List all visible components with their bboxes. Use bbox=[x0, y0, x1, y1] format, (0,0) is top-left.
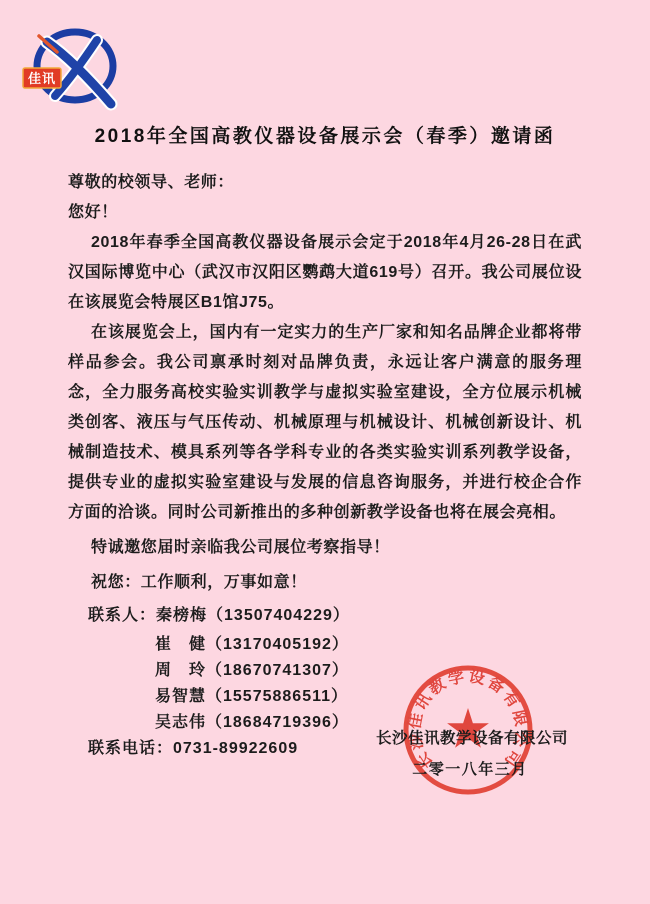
wish-line: 祝您：工作顺利，万事如意！ bbox=[68, 568, 582, 598]
signature-company: 长沙佳讯教学设备有限公司 bbox=[376, 726, 568, 748]
letter-body: 尊敬的校领导、老师： 您好！ 2018年春季全国高教仪器设备展示会定于2018年… bbox=[68, 168, 582, 598]
salutation: 尊敬的校领导、老师： bbox=[68, 168, 582, 198]
contact-entry: 崔 健（13170405192） bbox=[155, 632, 350, 658]
contact-label: 联系人： bbox=[88, 607, 156, 624]
contact-row: 联系人：秦榜梅（13507404229） bbox=[88, 603, 350, 629]
invitation-letter-page: 佳讯 2018年全国高教仪器设备展示会（春季）邀请函 尊敬的校领导、老师： 您好… bbox=[0, 0, 650, 904]
contact-entry: 秦榜梅（13507404229） bbox=[156, 607, 350, 624]
page-title: 2018年全国高教仪器设备展示会（春季）邀请函 bbox=[0, 121, 650, 148]
contact-section: 联系人：秦榜梅（13507404229） 崔 健（13170405192） 周 … bbox=[88, 603, 350, 762]
logo-badge-text: 佳讯 bbox=[28, 71, 56, 86]
signature-date: 二零一八年三月 bbox=[400, 758, 540, 779]
greeting: 您好！ bbox=[68, 198, 582, 228]
paragraph-company-intro: 在该展览会上，国内有一定实力的生产厂家和知名品牌企业都将带样品参会。我公司禀承时… bbox=[68, 318, 582, 528]
invitation-line: 特诚邀您届时亲临我公司展位考察指导！ bbox=[68, 533, 582, 563]
company-logo: 佳讯 bbox=[25, 26, 125, 114]
contact-entry: 吴志伟（18684719396） bbox=[155, 710, 350, 736]
paragraph-event-info: 2018年春季全国高教仪器设备展示会定于2018年4月26-28日在武汉国际博览… bbox=[68, 228, 582, 318]
contact-telephone: 联系电话：0731-89922609 bbox=[88, 736, 350, 762]
contact-entry: 易智慧（15575886511） bbox=[155, 684, 350, 710]
contact-entry: 周 玲（18670741307） bbox=[155, 658, 350, 684]
logo-graphic: 佳讯 bbox=[25, 26, 125, 114]
